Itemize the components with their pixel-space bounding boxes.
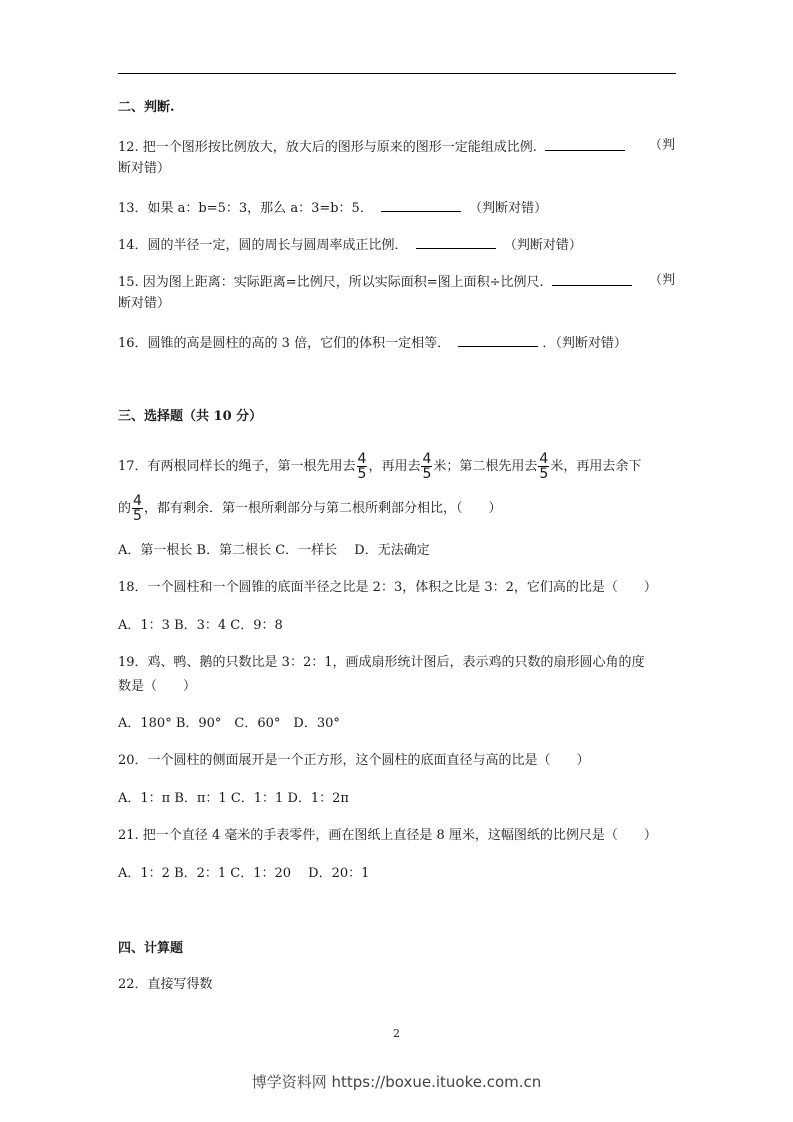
question-16: 16．圆锥的高是圆柱的高的 3 倍，它们的体积一定相等． ．（判断对错） [118, 333, 627, 352]
answer-blank[interactable] [545, 137, 625, 151]
page-number: 2 [0, 1027, 793, 1040]
question-text: 14．圆的半径一定，圆的周长与圆周率成正比例． [118, 238, 408, 253]
question-12: 12. 把一个图形按比例放大，放大后的图形与原来的图形一定能组成比例. [118, 137, 625, 156]
answer-blank[interactable] [552, 272, 632, 286]
question-19: 19．鸡、鸭、鹅的只数比是 3：2：1，画成扇形统计图后，表示鸡的只数的扇形圆心… [118, 654, 645, 671]
question-text: ，再用去 [368, 459, 420, 474]
question-13: 13．如果 a：b=5：3，那么 a：3=b：5． （判断对错） [118, 198, 547, 217]
question-text: 13．如果 a：b=5：3，那么 a：3=b：5． [118, 201, 373, 216]
fraction: 45 [538, 452, 549, 481]
header-rule [118, 73, 676, 74]
question-22: 22．直接写得数 [118, 976, 213, 993]
question-17-cont: 的45，都有剩余．第一根所剩部分与第二根所剩部分相比，（ ） [118, 494, 501, 523]
question-tail: （判断对错） [469, 201, 547, 216]
question-21-options: A．1：2 B．2：1 C．1：20 D．20：1 [118, 865, 369, 882]
answer-blank[interactable] [416, 235, 496, 249]
section-title-choice: 三、选择题（共 10 分） [118, 408, 262, 425]
question-15: 15. 因为图上距离：实际距离=比例尺，所以实际面积=图上面积÷比例尺. [118, 272, 632, 291]
fraction: 45 [421, 452, 432, 481]
question-20: 20．一个圆柱的侧面展开是一个正方形，这个圆柱的底面直径与高的比是（ ） [118, 752, 590, 769]
fraction: 45 [132, 494, 143, 523]
question-text: 15. 因为图上距离：实际距离=比例尺，所以实际面积=图上面积÷比例尺. [118, 275, 544, 290]
question-text: 的 [118, 501, 131, 516]
question-20-options: A．1：π B．π：1 C．1：1 D．1：2π [118, 790, 349, 807]
question-15-cont: 断对错） [118, 295, 170, 312]
question-14: 14．圆的半径一定，圆的周长与圆周率成正比例． （判断对错） [118, 235, 582, 254]
question-text: ，都有剩余．第一根所剩部分与第二根所剩部分相比，（ ） [144, 501, 502, 516]
question-18-options: A．1：3 B．3：4 C．9：8 [118, 617, 283, 634]
question-17-options: A．第一根长 B．第二根长 C．一样长 D．无法确定 [118, 542, 430, 559]
question-17: 17．有两根同样长的绳子，第一根先用去45，再用去45米；第二根先用去45米，再… [118, 452, 641, 481]
question-text: 12. 把一个图形按比例放大，放大后的图形与原来的图形一定能组成比例. [118, 140, 537, 155]
question-19-options: A．180° B．90° C．60° D．30° [118, 715, 340, 732]
section-title-calc: 四、计算题 [118, 940, 183, 957]
footer-watermark: 博学资料网 https://boxue.ituoke.com.cn [0, 1071, 793, 1092]
question-12-cont: 断对错） [118, 160, 170, 177]
question-19-cont: 数是（ ） [118, 678, 196, 695]
question-12-tail: （判 [649, 137, 675, 154]
question-18: 18．一个圆柱和一个圆锥的底面半径之比是 2：3，体积之比是 3：2，它们高的比… [118, 579, 657, 596]
question-15-tail: （判 [649, 272, 675, 289]
question-text: 米；第二根先用去 [433, 459, 537, 474]
fraction: 45 [357, 452, 368, 481]
question-21: 21. 把一个直径 4 毫米的手表零件，画在图纸上直径是 8 厘米，这幅图纸的比… [118, 827, 657, 844]
question-tail: （判断对错） [504, 238, 582, 253]
question-text: 16．圆锥的高是圆柱的高的 3 倍，它们的体积一定相等． [118, 336, 450, 351]
answer-blank[interactable] [381, 198, 461, 212]
section-title-judge: 二、判断. [118, 99, 175, 116]
question-tail: ．（判断对错） [542, 336, 627, 351]
question-text: 米，再用去余下 [550, 459, 641, 474]
question-text: 17．有两根同样长的绳子，第一根先用去 [118, 459, 356, 474]
answer-blank[interactable] [458, 333, 538, 347]
